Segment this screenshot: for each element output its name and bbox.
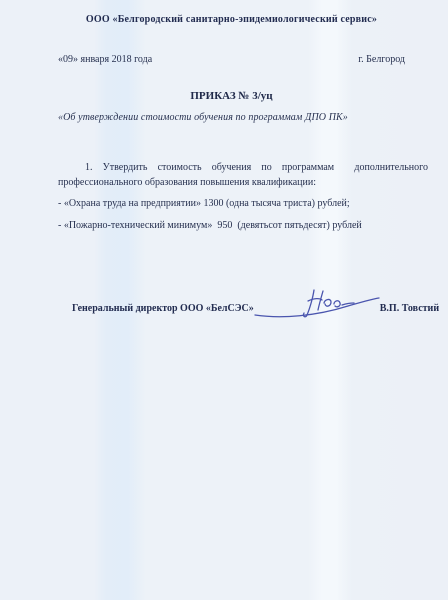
handwritten-signature-icon: [254, 286, 380, 324]
order-subject: «Об утверждении стоимости обучения по пр…: [58, 112, 405, 123]
date-row: «09» января 2018 года г. Белгород: [58, 54, 405, 65]
price-item-pozharny-minimum: - «Пожарно-технический минимум» 950 (дев…: [58, 218, 405, 233]
order-body-paragraph: 1. Утвердить стоимость обучения по прогр…: [58, 160, 428, 190]
signature-row: Генеральный директор ООО «БелСЭС» В.П. Т…: [58, 289, 416, 327]
signatory-name: В.П. Товстий: [380, 303, 439, 314]
signatory-position: Генеральный директор ООО «БелСЭС»: [72, 303, 254, 314]
document-city: г. Белгород: [358, 54, 405, 65]
price-item-okhrana-truda: - «Охрана труда на предприятии» 1300 (од…: [58, 196, 405, 211]
organization-name: ООО «Белгородский санитарно-эпидемиологи…: [58, 14, 405, 25]
order-title: ПРИКАЗ № 3/уц: [58, 90, 405, 102]
document-date: «09» января 2018 года: [58, 54, 152, 65]
document-page: ООО «Белгородский санитарно-эпидемиологи…: [0, 0, 448, 600]
